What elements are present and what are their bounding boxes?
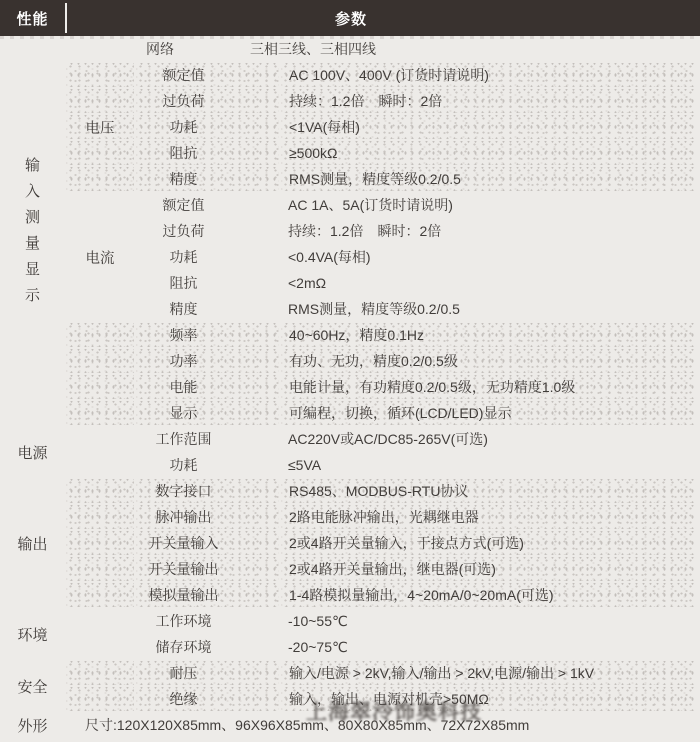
param-value: 电能计量，有功精度0.2/0.5级，无功精度1.0级: [280, 374, 697, 400]
param-label: 额定值: [135, 192, 280, 218]
param-value: 40~60Hz，精度0.1Hz: [280, 322, 697, 348]
param-label: 网络: [135, 36, 240, 62]
table-row-work-range: 工作范围 AC220V或AC/DC85-265V(可选): [0, 426, 700, 452]
param-value: AC 1A、5A(订货时请说明): [280, 192, 697, 218]
param-label: 绝缘: [135, 686, 280, 712]
subcategory-voltage: 电压: [65, 62, 135, 192]
table-row-switch-output: 开关量输出 2或4路开关量输出，继电器(可选): [0, 556, 700, 582]
table-row-storage-env: 储存环境 -20~75℃: [0, 634, 700, 660]
param-label: 额定值: [135, 62, 280, 88]
param-value: ≥500kΩ: [280, 140, 697, 166]
table-row-dimensions: 尺寸:120X120X85mm、96X96X85mm、80X80X85mm、72…: [0, 712, 700, 738]
param-value: <0.4VA(每相): [280, 244, 697, 270]
param-value: 持续：1.2倍 瞬时：2倍: [280, 218, 697, 244]
param-label: 过负荷: [135, 88, 280, 114]
param-label: 功耗: [135, 244, 280, 270]
category-power-supply: 电源: [0, 426, 65, 478]
param-label: 显示: [135, 400, 280, 426]
param-label: 工作环境: [135, 608, 280, 634]
spec-table: 性能 参数 网络 三相三线、三相四线 额定值 AC 100V、400V (订货时…: [0, 0, 700, 742]
param-value: 三相三线、三相四线: [240, 36, 697, 62]
param-label: 阻抗: [135, 140, 280, 166]
table-row-pulse-output: 脉冲输出 2路电能脉冲输出，光耦继电器: [0, 504, 700, 530]
param-value: 可编程，切换，循环(LCD/LED)显示: [280, 400, 697, 426]
param-value: RMS测量，精度等级0.2/0.5: [280, 166, 697, 192]
table-row-digital-interface: 数字接口 RS485、MODBUS-RTU协议: [0, 478, 700, 504]
category-shape: 外形: [0, 712, 65, 738]
category-input-measure-display: 输入测量显示: [0, 36, 65, 426]
param-label: 工作范围: [135, 426, 280, 452]
table-row-supply-power: 功耗 ≤5VA: [0, 452, 700, 478]
table-row-withstand-voltage: 耐压 输入/电源 > 2kV,输入/输出 > 2kV,电源/输出 > 1kV: [0, 660, 700, 686]
param-label: 精度: [135, 166, 280, 192]
param-label: 功耗: [135, 452, 280, 478]
param-value: AC220V或AC/DC85-265V(可选): [280, 426, 697, 452]
param-label: 阻抗: [135, 270, 280, 296]
param-label: 模拟量输出: [135, 582, 280, 608]
param-label: 频率: [135, 322, 280, 348]
header-performance: 性能: [0, 8, 65, 29]
param-value: 持续：1.2倍 瞬时：2倍: [280, 88, 697, 114]
param-label: 过负荷: [135, 218, 280, 244]
category-output: 输出: [0, 478, 65, 608]
param-label: 精度: [135, 296, 280, 322]
table-row-analog-output: 模拟量输出 1-4路模拟量输出，4~20mA/0~20mA(可选): [0, 582, 700, 608]
table-row-switch-input: 开关量输入 2或4路开关量输入，干接点方式(可选): [0, 530, 700, 556]
param-value: <2mΩ: [280, 270, 697, 296]
param-value: RMS测量，精度等级0.2/0.5: [280, 296, 697, 322]
param-value: -10~55℃: [280, 608, 697, 634]
param-value: -20~75℃: [280, 634, 697, 660]
table-header: 性能 参数: [0, 0, 700, 36]
param-value: 有功、无功，精度0.2/0.5级: [280, 348, 697, 374]
param-value: 2路电能脉冲输出，光耦继电器: [280, 504, 697, 530]
param-label: 储存环境: [135, 634, 280, 660]
table-row-insulation: 绝缘 输入，输出、电源对机壳>50MΩ: [0, 686, 700, 712]
table-row-power: 功率 有功、无功，精度0.2/0.5级: [0, 348, 700, 374]
param-label: 开关量输入: [135, 530, 280, 556]
param-label: 耐压: [135, 660, 280, 686]
param-value: 输入，输出、电源对机壳>50MΩ: [280, 686, 697, 712]
table-row-work-env: 工作环境 -10~55℃: [0, 608, 700, 634]
param-value: 输入/电源 > 2kV,输入/输出 > 2kV,电源/输出 > 1kV: [280, 660, 697, 686]
param-value: AC 100V、400V (订货时请说明): [280, 62, 697, 88]
param-value: ≤5VA: [280, 452, 697, 478]
category-environment: 环境: [0, 608, 65, 660]
param-label: 功耗: [135, 114, 280, 140]
table-row-frequency: 频率 40~60Hz，精度0.1Hz: [0, 322, 700, 348]
param-value: RS485、MODBUS-RTU协议: [280, 478, 697, 504]
param-value: 尺寸:120X120X85mm、96X96X85mm、80X80X85mm、72…: [65, 712, 697, 738]
category-safety: 安全: [0, 660, 65, 712]
table-row-energy: 电能 电能计量，有功精度0.2/0.5级，无功精度1.0级: [0, 374, 700, 400]
table-row-display: 显示 可编程，切换，循环(LCD/LED)显示: [0, 400, 700, 426]
param-value: 2或4路开关量输入，干接点方式(可选): [280, 530, 697, 556]
table-row-network: 网络 三相三线、三相四线: [0, 36, 700, 62]
param-label: 开关量输出: [135, 556, 280, 582]
param-label: 电能: [135, 374, 280, 400]
param-value: 1-4路模拟量输出，4~20mA/0~20mA(可选): [280, 582, 697, 608]
param-label: 数字接口: [135, 478, 280, 504]
header-parameters: 参数: [67, 8, 700, 29]
param-value: 2或4路开关量输出，继电器(可选): [280, 556, 697, 582]
param-label: 功率: [135, 348, 280, 374]
subcategory-current: 电流: [65, 192, 135, 322]
param-label: 脉冲输出: [135, 504, 280, 530]
param-value: <1VA(每相): [280, 114, 697, 140]
